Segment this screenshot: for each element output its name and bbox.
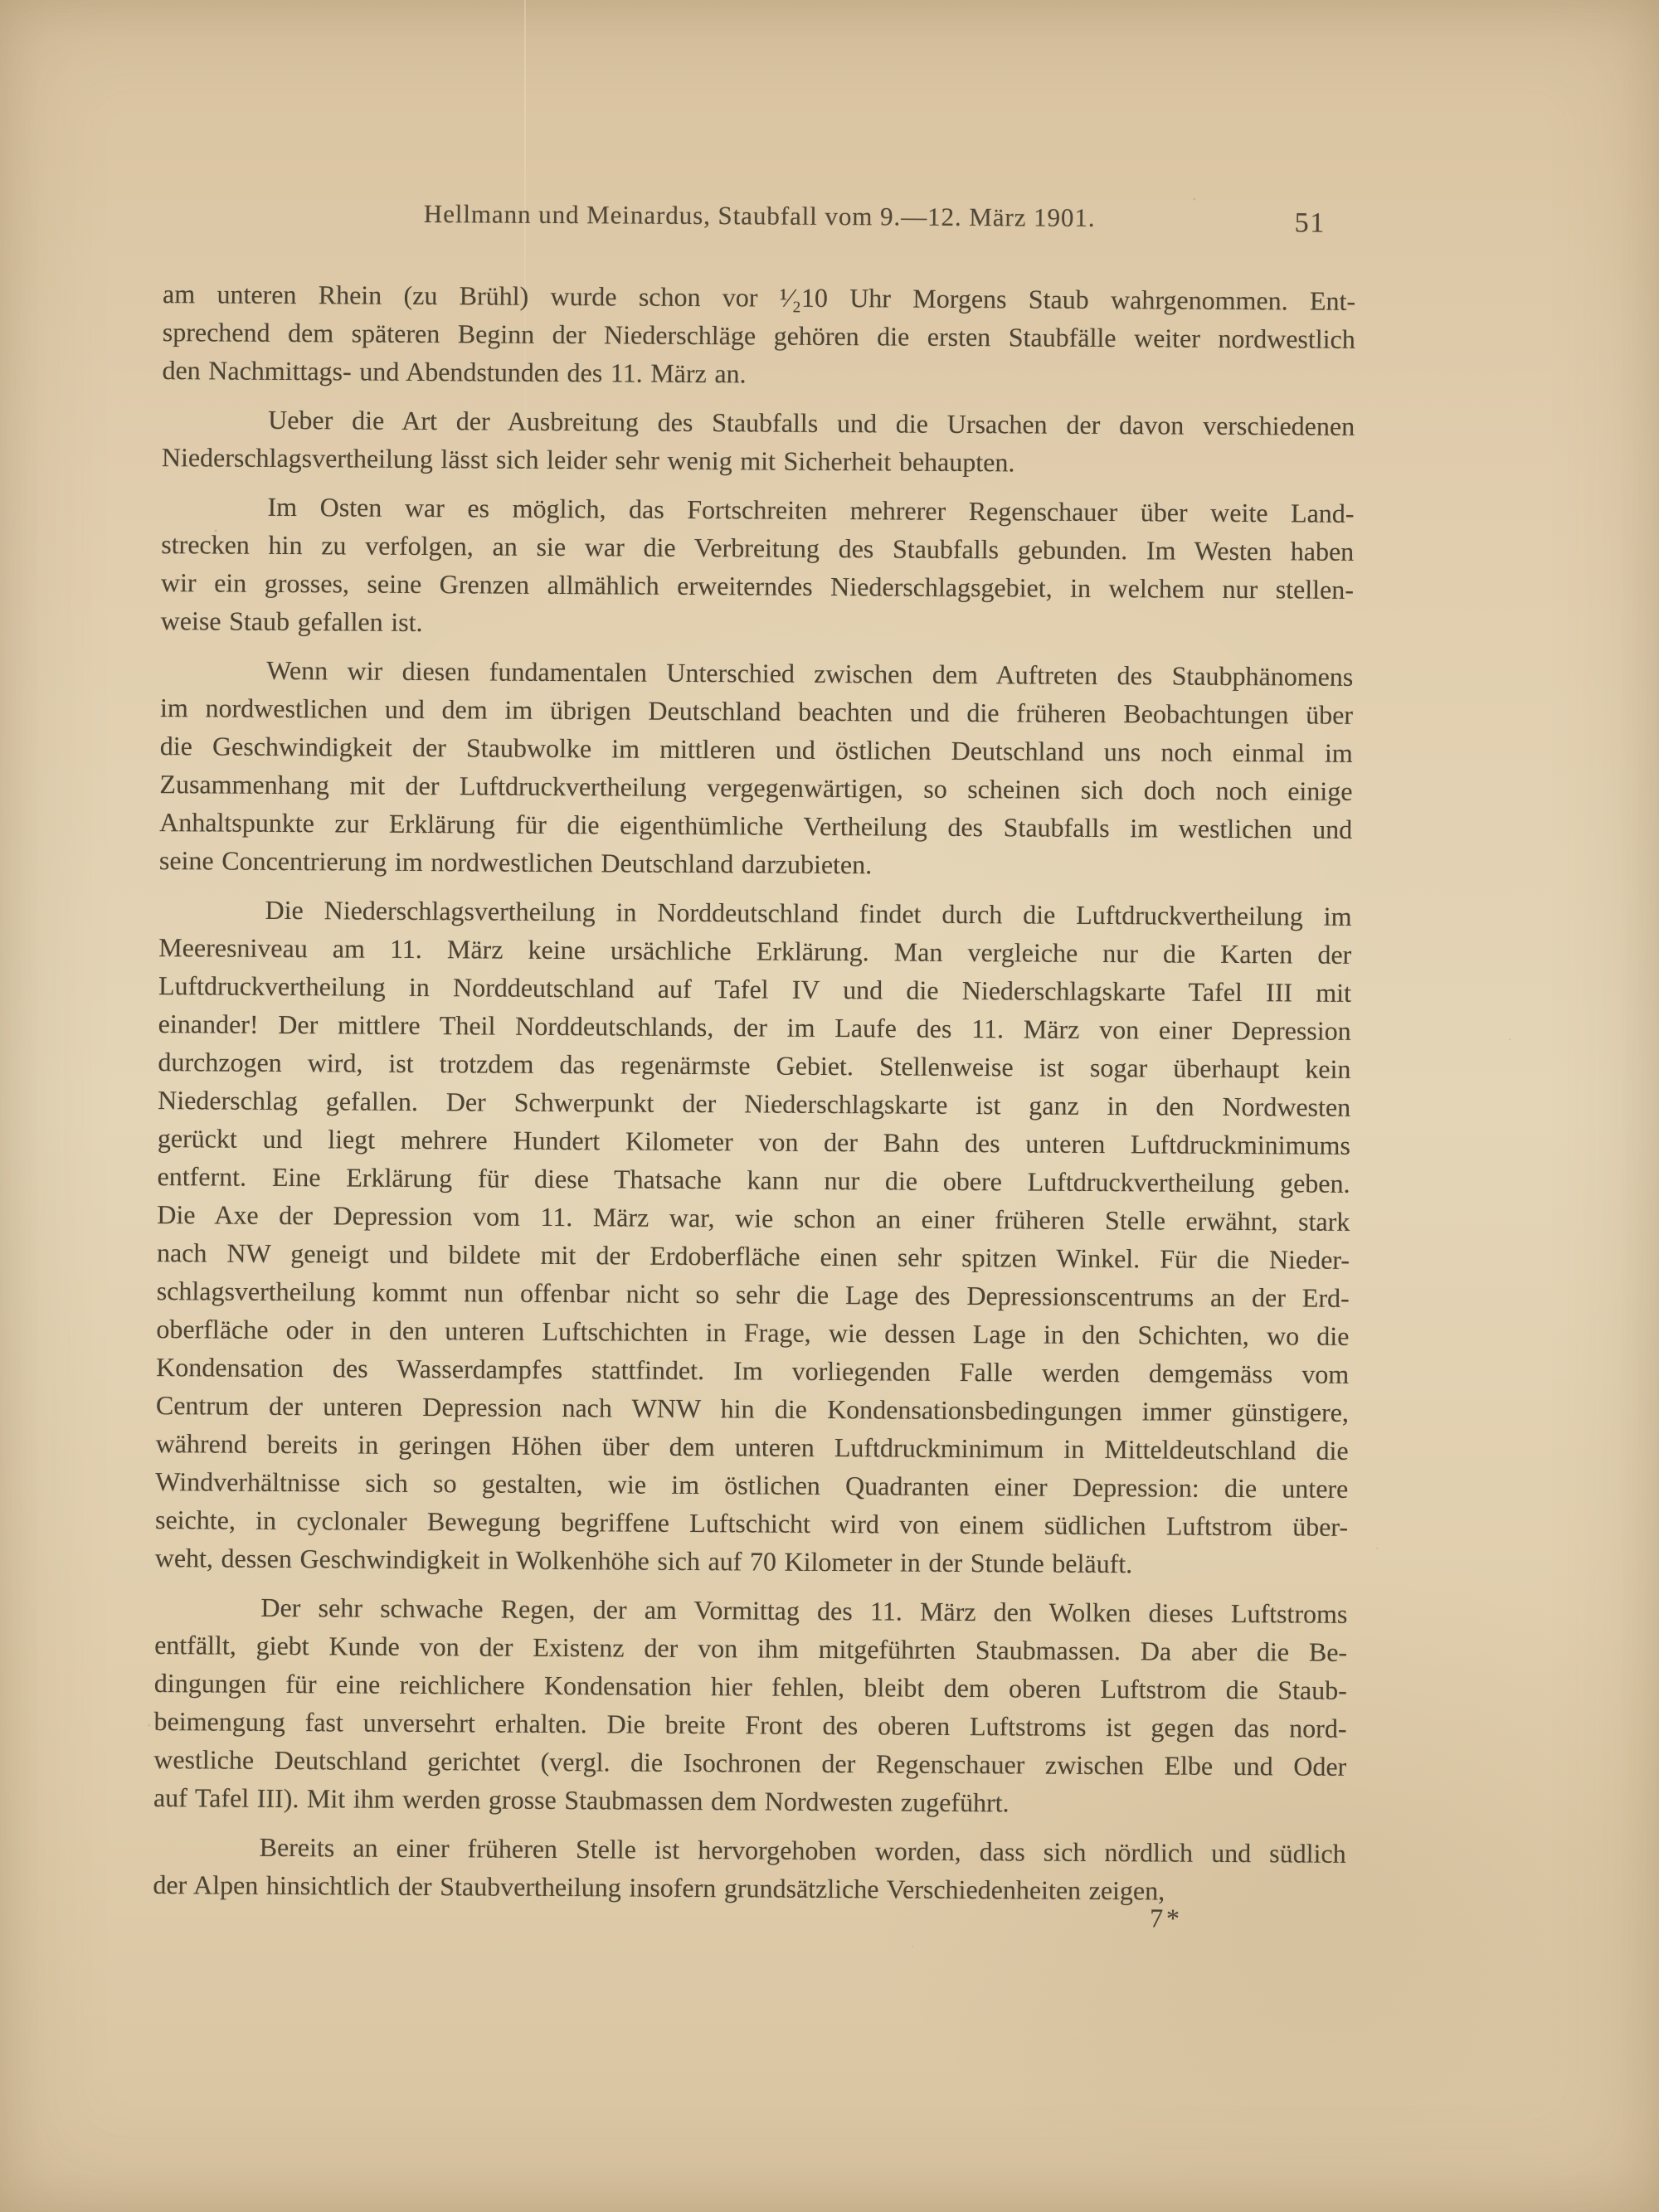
page-content: Hellmann und Meinardus, Staubfall vom 9.… [0, 0, 1659, 2212]
header-title: Hellmann und Meinardus, Staubfall vom 9.… [424, 199, 1096, 232]
text-line: seine Concentrierung im nordwestlichen D… [159, 841, 1352, 887]
paragraph: Der sehr schwache Regen, der am Vormitta… [153, 1587, 1348, 1824]
page-number: 51 [1295, 207, 1378, 240]
text-line: weise Staub gefallen ist. [161, 601, 1354, 647]
paragraph: Die Niederschlagsvertheilung in Norddeut… [155, 890, 1352, 1584]
paragraph: Ueber die Art der Ausbreitung des Staubf… [162, 400, 1355, 484]
running-header: Hellmann und Meinardus, Staubfall vom 9.… [163, 197, 1356, 235]
paragraph: Wenn wir diesen fundamentalen Unterschie… [159, 650, 1354, 887]
text-block: am unteren Rhein (zu Brühl) wurde schon … [153, 275, 1355, 1911]
text-line: Niederschlagsvertheilung lässt sich leid… [162, 438, 1355, 484]
paragraph: Bereits an einer früheren Stelle ist her… [153, 1827, 1346, 1911]
paragraph: Im Osten war es möglich, das Fortschreit… [161, 487, 1355, 647]
scanned-page: Hellmann und Meinardus, Staubfall vom 9.… [0, 0, 1659, 2212]
text-line: auf Tafel III). Mit ihm werden grosse St… [153, 1778, 1346, 1824]
signature-mark: 7* [1150, 1903, 1183, 1933]
paragraph: am unteren Rhein (zu Brühl) wurde schon … [162, 275, 1355, 396]
text-line: weht, dessen Geschwindigkeit in Wolkenhö… [155, 1539, 1348, 1584]
text-line: den Nachmittags- und Abendstunden des 11… [162, 351, 1355, 396]
